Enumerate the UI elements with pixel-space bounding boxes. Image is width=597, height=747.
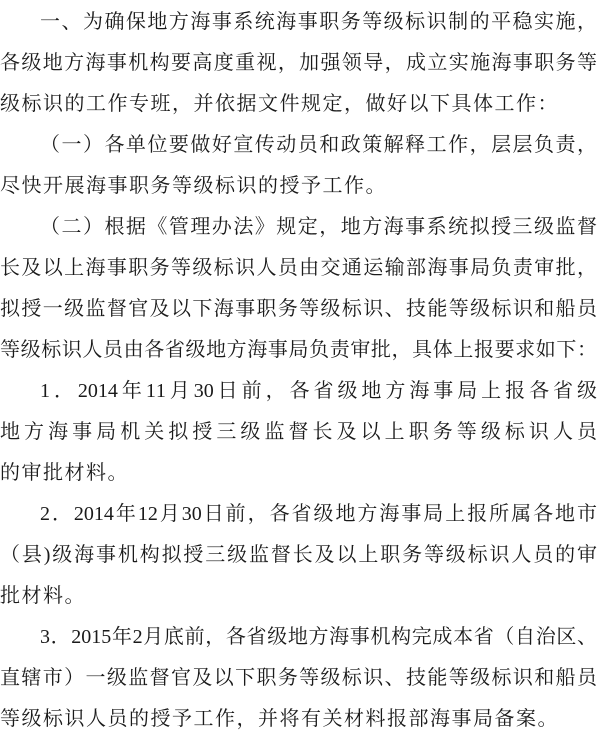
- text-line: 批材料。: [0, 576, 597, 617]
- text-line: 等级标识人员的授予工作，并将有关材料报部海事局备案。: [0, 699, 597, 740]
- text-line: 3．2015年2月底前，各省级地方海事机构完成本省（自治区、: [0, 617, 597, 658]
- paragraph-subitem-2: 2．2014年12月30日前，各省级地方海事局上报所属各地市 （县)级海事机构拟…: [0, 494, 597, 617]
- paragraph-subitem-3: 3．2015年2月底前，各省级地方海事机构完成本省（自治区、 直辖市）一级监督官…: [0, 617, 597, 740]
- text-line: 各级地方海事机构要高度重视，加强领导，成立实施海事职务等: [0, 43, 597, 84]
- text-line: 长及以上海事职务等级标识人员由交通运输部海事局负责审批，: [0, 248, 597, 289]
- paragraph-item-1: （一）各单位要做好宣传动员和政策解释工作，层层负责， 尽快开展海事职务等级标识的…: [0, 125, 597, 207]
- paragraph-subitem-1: 1．2014年11月30日前，各省级地方海事局上报各省级 地方海事局机关拟授三级…: [0, 371, 597, 494]
- text-line: 一、为确保地方海事系统海事职务等级标识制的平稳实施，: [0, 2, 597, 43]
- text-line: 拟授一级监督官及以下海事职务等级标识、技能等级标识和船员: [0, 289, 597, 330]
- text-line: （一）各单位要做好宣传动员和政策解释工作，层层负责，: [0, 125, 597, 166]
- text-line: 地方海事局机关拟授三级监督长及以上职务等级标识人员: [0, 412, 597, 453]
- text-line: （二）根据《管理办法》规定，地方海事系统拟授三级监督: [0, 207, 597, 248]
- paragraph-item-2: （二）根据《管理办法》规定，地方海事系统拟授三级监督 长及以上海事职务等级标识人…: [0, 207, 597, 371]
- text-line: 级标识的工作专班，并依据文件规定，做好以下具体工作：: [0, 84, 597, 125]
- text-line: 2．2014年12月30日前，各省级地方海事局上报所属各地市: [0, 494, 597, 535]
- text-line: 尽快开展海事职务等级标识的授予工作。: [0, 166, 597, 207]
- document-page: 一、为确保地方海事系统海事职务等级标识制的平稳实施， 各级地方海事机构要高度重视…: [0, 0, 597, 747]
- paragraph-section-1: 一、为确保地方海事系统海事职务等级标识制的平稳实施， 各级地方海事机构要高度重视…: [0, 2, 597, 125]
- text-line: 直辖市）一级监督官及以下职务等级标识、技能等级标识和船员: [0, 658, 597, 699]
- text-line: 等级标识人员由各省级地方海事局负责审批，具体上报要求如下：: [0, 330, 597, 371]
- text-line: 的审批材料。: [0, 453, 597, 494]
- text-line: 1．2014年11月30日前，各省级地方海事局上报各省级: [0, 371, 597, 412]
- text-line: （县)级海事机构拟授三级监督长及以上职务等级标识人员的审: [0, 535, 597, 576]
